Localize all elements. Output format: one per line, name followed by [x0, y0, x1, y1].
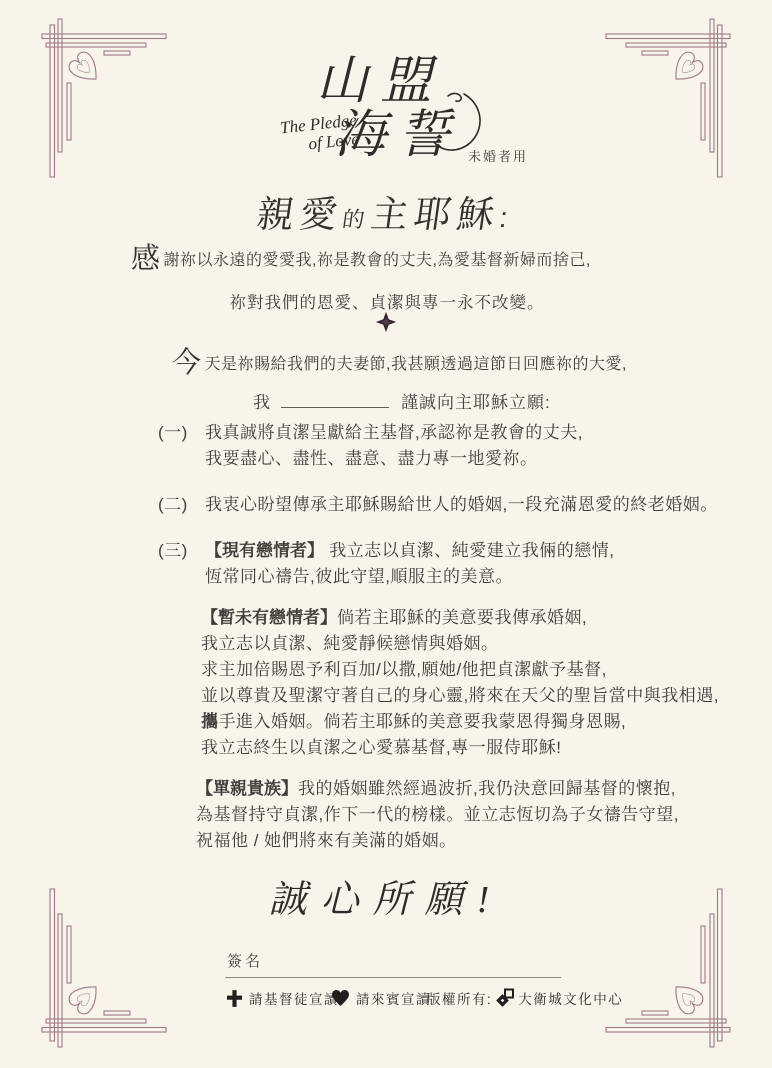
four-pointed-star-icon: [375, 311, 397, 333]
footer-christian-note: 請基督徒宣讀: [227, 988, 339, 1008]
footer-christian-note-text: 請基督徒宣讀: [249, 988, 339, 1008]
vow-line: 倘若主耶穌的美意要我傳承婚姻,: [337, 608, 587, 627]
publisher-name: 大衛城文化中心: [518, 988, 623, 1008]
vow-list: (一) 我真誠將貞潔呈獻給主基督,承認祢是教會的丈夫, 我要盡心、盡性、盡意、盡…: [158, 420, 754, 854]
closing-declaration: 誠心所願!: [0, 868, 772, 923]
intro-line1: 感謝祢以永遠的愛愛我,祢是教會的丈夫,為愛基督新婦而捨己,: [131, 236, 643, 277]
footer-guest-note-text: 請來賓宣讀: [356, 988, 431, 1008]
intro-paragraph: 感謝祢以永遠的愛愛我,祢是教會的丈夫,為愛基督新婦而捨己, 祢對我們的恩愛、貞潔…: [131, 236, 643, 313]
footer-copyright: 版權所有: 大衛城文化中心: [427, 988, 623, 1008]
title-chinese-line1: 山盟: [316, 56, 444, 108]
salutation-part2: 主耶穌: [368, 194, 503, 235]
opening-vow-line: 我謹誠向主耶穌立願:: [253, 388, 551, 413]
footer-guest-note: 請來賓宣讀: [332, 988, 431, 1008]
vow-line: 我真誠將貞潔呈獻給主基督,承認祢是教會的丈夫,: [205, 420, 754, 446]
salutation-particle: 的: [341, 207, 373, 232]
corner-ornament-top-right-icon: [602, 10, 752, 195]
opening-line1-text: 天是祢賜給我們的夫妻節,我甚願透過這節日回應祢的大愛,: [205, 356, 627, 373]
corner-ornament-top-left-icon: [20, 10, 170, 195]
section-divider: [0, 311, 772, 338]
david-city-logo-icon: [495, 988, 515, 1008]
copyright-label: 版權所有:: [427, 988, 492, 1008]
section-header: 【單親貴族】: [196, 779, 298, 798]
vow-line: 我衷心盼望傳承主耶穌賜給世人的婚姻,一段充滿恩愛的終老婚姻。: [205, 492, 754, 518]
vow-number: (一): [158, 420, 205, 472]
vow-line: 我的婚姻雖然經過波折,我仍決意回歸基督的懷抱,: [298, 779, 676, 798]
vow-item-2: (二) 我衷心盼望傳承主耶穌賜給世人的婚姻,一段充滿恩愛的終老婚姻。: [158, 492, 754, 518]
pledge-document: 山盟 海誓 The Pledge of Love 未婚者用 親愛的主耶穌: 感謝…: [0, 0, 772, 1068]
cross-icon: [227, 990, 242, 1007]
vow-section-current-relationship: 【現有戀情者】 我立志以貞潔、純愛建立我倆的戀情, 恆常同心禱告,彼此守望,順服…: [205, 538, 754, 590]
opening-line1: 今天是祢賜給我們的夫妻節,我甚願透過這節日回應祢的大愛,: [172, 340, 627, 381]
opening-dropcap: 今: [172, 347, 202, 379]
vow-line: 我立志終生以貞潔之心愛慕基督,專一服侍耶穌!: [201, 735, 754, 761]
vow-line: 並以尊貴及聖潔守著自己的身心靈,將來在天父的聖旨當中與我相遇,: [201, 683, 754, 709]
vow-line: 我要盡心、盡性、盡意、盡力專一地愛祢。: [205, 446, 754, 472]
section-header: 【暫未有戀情者】: [201, 608, 337, 627]
vow-section-single-parent: 【單親貴族】我的婚姻雖然經過波折,我仍決意回歸基督的懷抱, 為基督持守貞潔,作下…: [196, 776, 754, 854]
intro-line1-text: 謝祢以永遠的愛愛我,祢是教會的丈夫,為愛基督新婦而捨己,: [164, 252, 591, 269]
intro-dropcap: 感: [131, 243, 161, 275]
vow-line: 祝福他 / 她們將來有美滿的婚姻。: [196, 828, 754, 854]
title-audience-label: 未婚者用: [468, 146, 528, 165]
name-blank-field[interactable]: [281, 392, 389, 408]
vow-line: 我立志以貞潔、純愛靜候戀情與婚姻。: [201, 631, 754, 657]
before-name-blank: 我: [253, 393, 271, 412]
vow-line: 攜手進入婚姻。倘若主耶穌的美意要我蒙恩得獨身恩賜,: [201, 709, 754, 735]
section-header: 【現有戀情者】: [205, 541, 324, 560]
vow-number: (二): [158, 492, 205, 518]
salutation-heading: 親愛的主耶穌:: [0, 184, 772, 238]
intro-line2: 祢對我們的恩愛、貞潔與專一永不改變。: [131, 289, 643, 313]
heart-icon: [332, 990, 349, 1006]
after-name-blank: 謹誠向主耶穌立願:: [401, 393, 551, 412]
vow-item-1: (一) 我真誠將貞潔呈獻給主基督,承認祢是教會的丈夫, 我要盡心、盡性、盡意、盡…: [158, 420, 754, 472]
signature-line[interactable]: [225, 977, 561, 978]
vow-line: 求主加倍賜恩予利百加/以撒,願她/他把貞潔獻予基督,: [201, 657, 754, 683]
salutation-colon: :: [498, 202, 516, 233]
signature-label: 簽名: [227, 950, 263, 971]
salutation-part1: 親愛: [254, 194, 346, 235]
vow-section-no-relationship-yet: 【暫未有戀情者】倘若主耶穌的美意要我傳承婚姻, 我立志以貞潔、純愛靜候戀情與婚姻…: [201, 605, 754, 761]
vow-item-3: (三) 【現有戀情者】 我立志以貞潔、純愛建立我倆的戀情, 恆常同心禱告,彼此守…: [158, 538, 754, 854]
vow-line: 我立志以貞潔、純愛建立我倆的戀情,: [329, 541, 614, 560]
vow-line: 恆常同心禱告,彼此守望,順服主的美意。: [205, 564, 754, 590]
vow-line: 為基督持守貞潔,作下一代的榜樣。並立志恆切為子女禱告守望,: [196, 802, 754, 828]
